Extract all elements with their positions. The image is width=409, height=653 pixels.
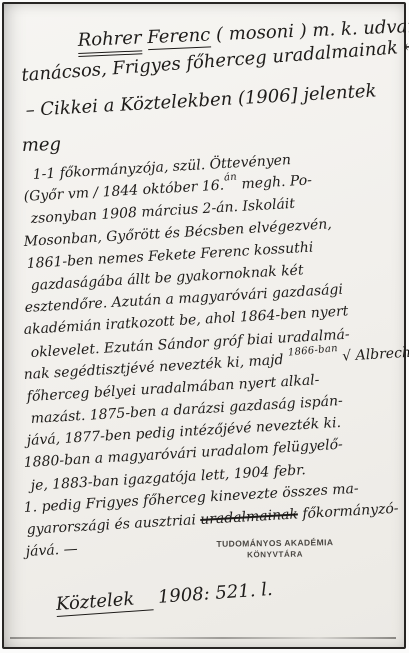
inserted-text: 1866-ban <box>287 338 339 364</box>
struck-text: uradalmainak <box>200 506 299 528</box>
text-segment: főkormányzó- <box>297 501 399 523</box>
underlined-text: Ferenc <box>147 24 211 50</box>
card-header-handwriting: Rohrer Ferenc ( mosoni ) m. k. udvaritan… <box>22 26 394 166</box>
source-citation-text: 1908: 521. l. <box>152 579 274 608</box>
index-card-paper: Rohrer Ferenc ( mosoni ) m. k. udvaritan… <box>2 2 406 649</box>
text-segment: jává. — <box>25 541 78 560</box>
library-stamp: TUDOMÁNYOS AKADÉMIA KÖNYVTÁRA <box>214 537 336 560</box>
stamp-line-library: KÖNYVTÁRA <box>214 549 336 560</box>
text-segment: √ Albrecht <box>337 344 409 365</box>
text-segment: meg <box>22 134 62 156</box>
scanned-document: { "colors": { "paper": "#f2f0ec", "ink":… <box>0 0 409 653</box>
scan-edge-smudge <box>10 637 396 639</box>
text-segment: megh. Po- <box>237 173 313 193</box>
stamp-line-academy: TUDOMÁNYOS AKADÉMIA <box>214 537 336 549</box>
source-title-underlined: Köztelek <box>55 587 153 617</box>
source-citation: Köztelek 1908: 521. l. <box>55 579 273 615</box>
card-body-handwriting: 1-1 főkormányzója, szül. Öttevényen(Győr… <box>24 165 396 564</box>
inserted-text: án <box>223 167 238 189</box>
